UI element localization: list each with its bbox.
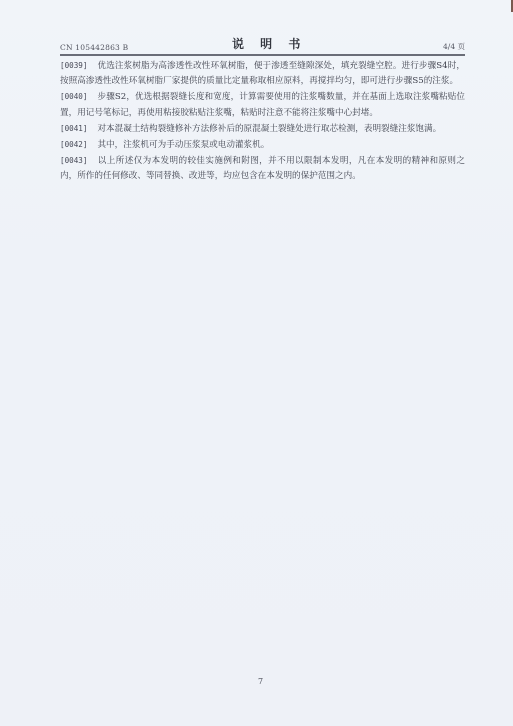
paragraph-number: [0040] [60, 92, 87, 101]
page-count: 4/4 页 [443, 41, 465, 52]
document-title: 说 明 书 [232, 35, 306, 52]
paragraph-text: 其中，注浆机可为手动压浆泵或电动灌浆机。 [97, 140, 269, 150]
paragraph-number: [0042] [60, 140, 87, 149]
header-divider [60, 54, 465, 56]
page-header: CN 105442863 B 说 明 书 4/4 页 [60, 36, 465, 52]
document-page: CN 105442863 B 说 明 书 4/4 页 [0039]优选注浆树脂为… [0, 0, 513, 726]
paragraph-text: 优选注浆树脂为高渗透性改性环氧树脂，便于渗透至缝隙深处，填充裂缝空腔。进行步骤S… [60, 61, 465, 86]
paragraph-0040: [0040]步骤S2，优选根据裂缝长度和宽度，计算需要使用的注浆嘴数量，并在基面… [60, 89, 465, 120]
paragraph-number: [0043] [60, 156, 87, 165]
paragraph-number: [0039] [60, 61, 87, 70]
paragraph-text: 步骤S2，优选根据裂缝长度和宽度，计算需要使用的注浆嘴数量，并在基面上选取注浆嘴… [60, 92, 465, 117]
paragraph-text: 以上所述仅为本发明的较佳实施例和附图，并不用以限制本发明，凡在本发明的精神和原则… [60, 156, 465, 181]
paragraph-number: [0041] [60, 124, 87, 133]
page-number: 7 [258, 677, 263, 686]
paragraph-0041: [0041]对本混凝土结构裂缝修补方法修补后的原混凝土裂缝处进行取芯检测，表明裂… [60, 121, 465, 137]
paragraph-0039: [0039]优选注浆树脂为高渗透性改性环氧树脂，便于渗透至缝隙深处，填充裂缝空腔… [60, 58, 465, 89]
description-body: [0039]优选注浆树脂为高渗透性改性环氧树脂，便于渗透至缝隙深处，填充裂缝空腔… [60, 58, 465, 185]
paragraph-0042: [0042]其中，注浆机可为手动压浆泵或电动灌浆机。 [60, 137, 465, 153]
patent-number: CN 105442863 B [60, 43, 128, 52]
paragraph-text: 对本混凝土结构裂缝修补方法修补后的原混凝土裂缝处进行取芯检测，表明裂缝注浆饱满。 [97, 124, 441, 134]
paragraph-0043: [0043]以上所述仅为本发明的较佳实施例和附图，并不用以限制本发明，凡在本发明… [60, 153, 465, 184]
